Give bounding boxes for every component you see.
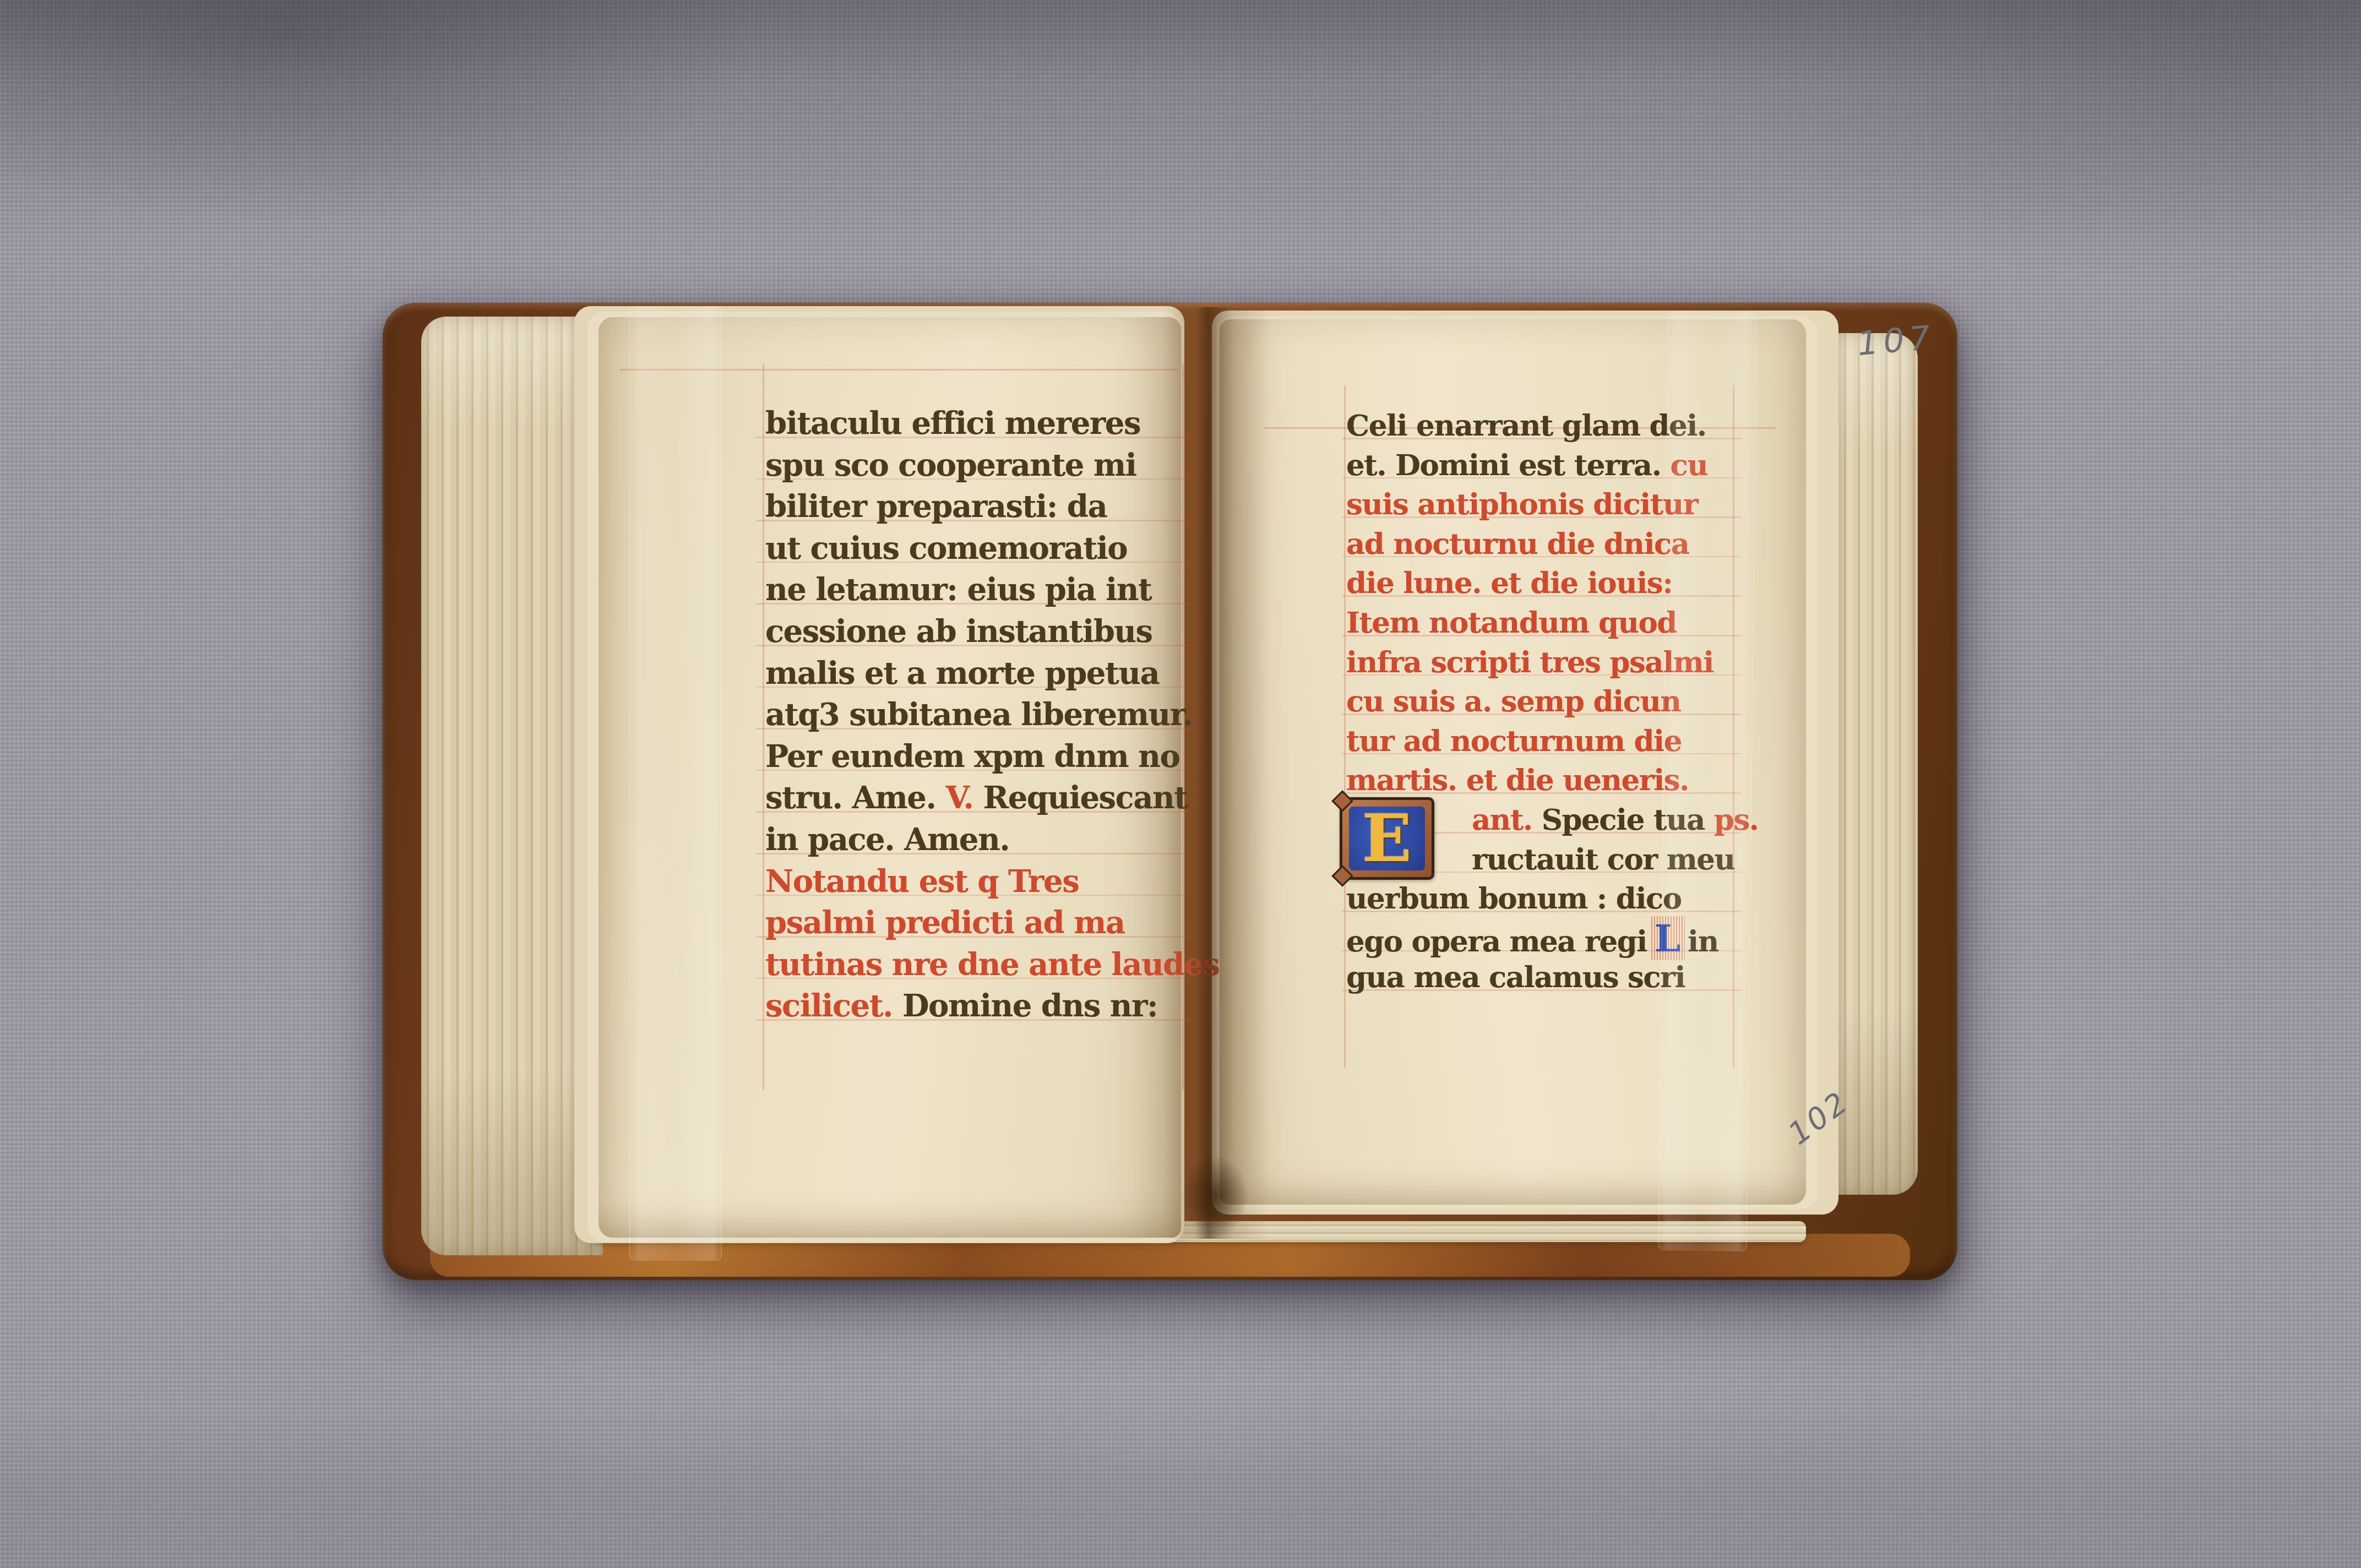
- manuscript-line: martis. et die ueneris.: [1346, 761, 1740, 801]
- manuscript-line: Item notandum quod: [1346, 603, 1740, 643]
- manuscript-line: malis et a morte ppetua: [765, 653, 1187, 695]
- manuscript-line: gua mea calamus scri: [1346, 958, 1740, 998]
- manuscript-line: Per eundem xpm dnm no: [765, 736, 1187, 778]
- manuscript-line: stru. Ame. V. Requiescant: [765, 777, 1187, 819]
- page-stack-right-fore-edge: [1825, 333, 1918, 1195]
- photo-of-manuscript: { "scene": { "subject": "Open medieval i…: [0, 0, 2361, 1568]
- manuscript-line: atq3 subitanea liberemur.: [765, 694, 1187, 736]
- manuscript-line: ut cuius comemoratio: [765, 528, 1187, 570]
- initial-gold-letter: E: [1342, 800, 1432, 877]
- manuscript-line: die lune. et die iouis:: [1346, 564, 1740, 603]
- manuscript-line: scilicet. Domine dns nr:: [765, 986, 1187, 1027]
- open-manuscript-book: bitaculu effici mereresspu sco cooperant…: [383, 303, 1957, 1280]
- manuscript-line: suis antiphonis dicitur: [1346, 485, 1740, 525]
- left-page-text-block: bitaculu effici mereresspu sco cooperant…: [765, 403, 1187, 1031]
- manuscript-line: cessione ab instantibus: [765, 611, 1187, 653]
- manuscript-line: Notandu est q Tres: [765, 861, 1187, 903]
- manuscript-line: biliter preparasti: da: [765, 486, 1187, 528]
- illuminated-initial-E: E: [1340, 797, 1434, 880]
- manuscript-line: ego opera mea regiLin: [1346, 919, 1740, 959]
- manuscript-line: in pace. Amen.: [765, 819, 1187, 861]
- manuscript-line: uerbum bonum : dico: [1346, 879, 1740, 919]
- manuscript-line: spu sco cooperante mi: [765, 445, 1187, 487]
- manuscript-line: Celi enarrant glam dei.: [1346, 406, 1740, 446]
- manuscript-line: ne letamur: eius pia int: [765, 569, 1187, 611]
- manuscript-line: cu suis a. semp dicun: [1346, 682, 1740, 722]
- manuscript-line: tutinas nre dne ante laudes: [765, 944, 1187, 986]
- manuscript-line: bitaculu effici mereres: [765, 403, 1187, 445]
- right-page-text-block: Celi enarrant glam dei.et. Domini est te…: [1346, 406, 1740, 1001]
- manuscript-line: infra scripti tres psalmi: [1346, 643, 1740, 683]
- manuscript-line: et. Domini est terra. cu: [1346, 446, 1740, 486]
- manuscript-line: tur ad nocturnum die: [1346, 722, 1740, 761]
- manuscript-line: psalmi predicti ad ma: [765, 902, 1187, 944]
- manuscript-line: ad nocturnu die dnica: [1346, 525, 1740, 564]
